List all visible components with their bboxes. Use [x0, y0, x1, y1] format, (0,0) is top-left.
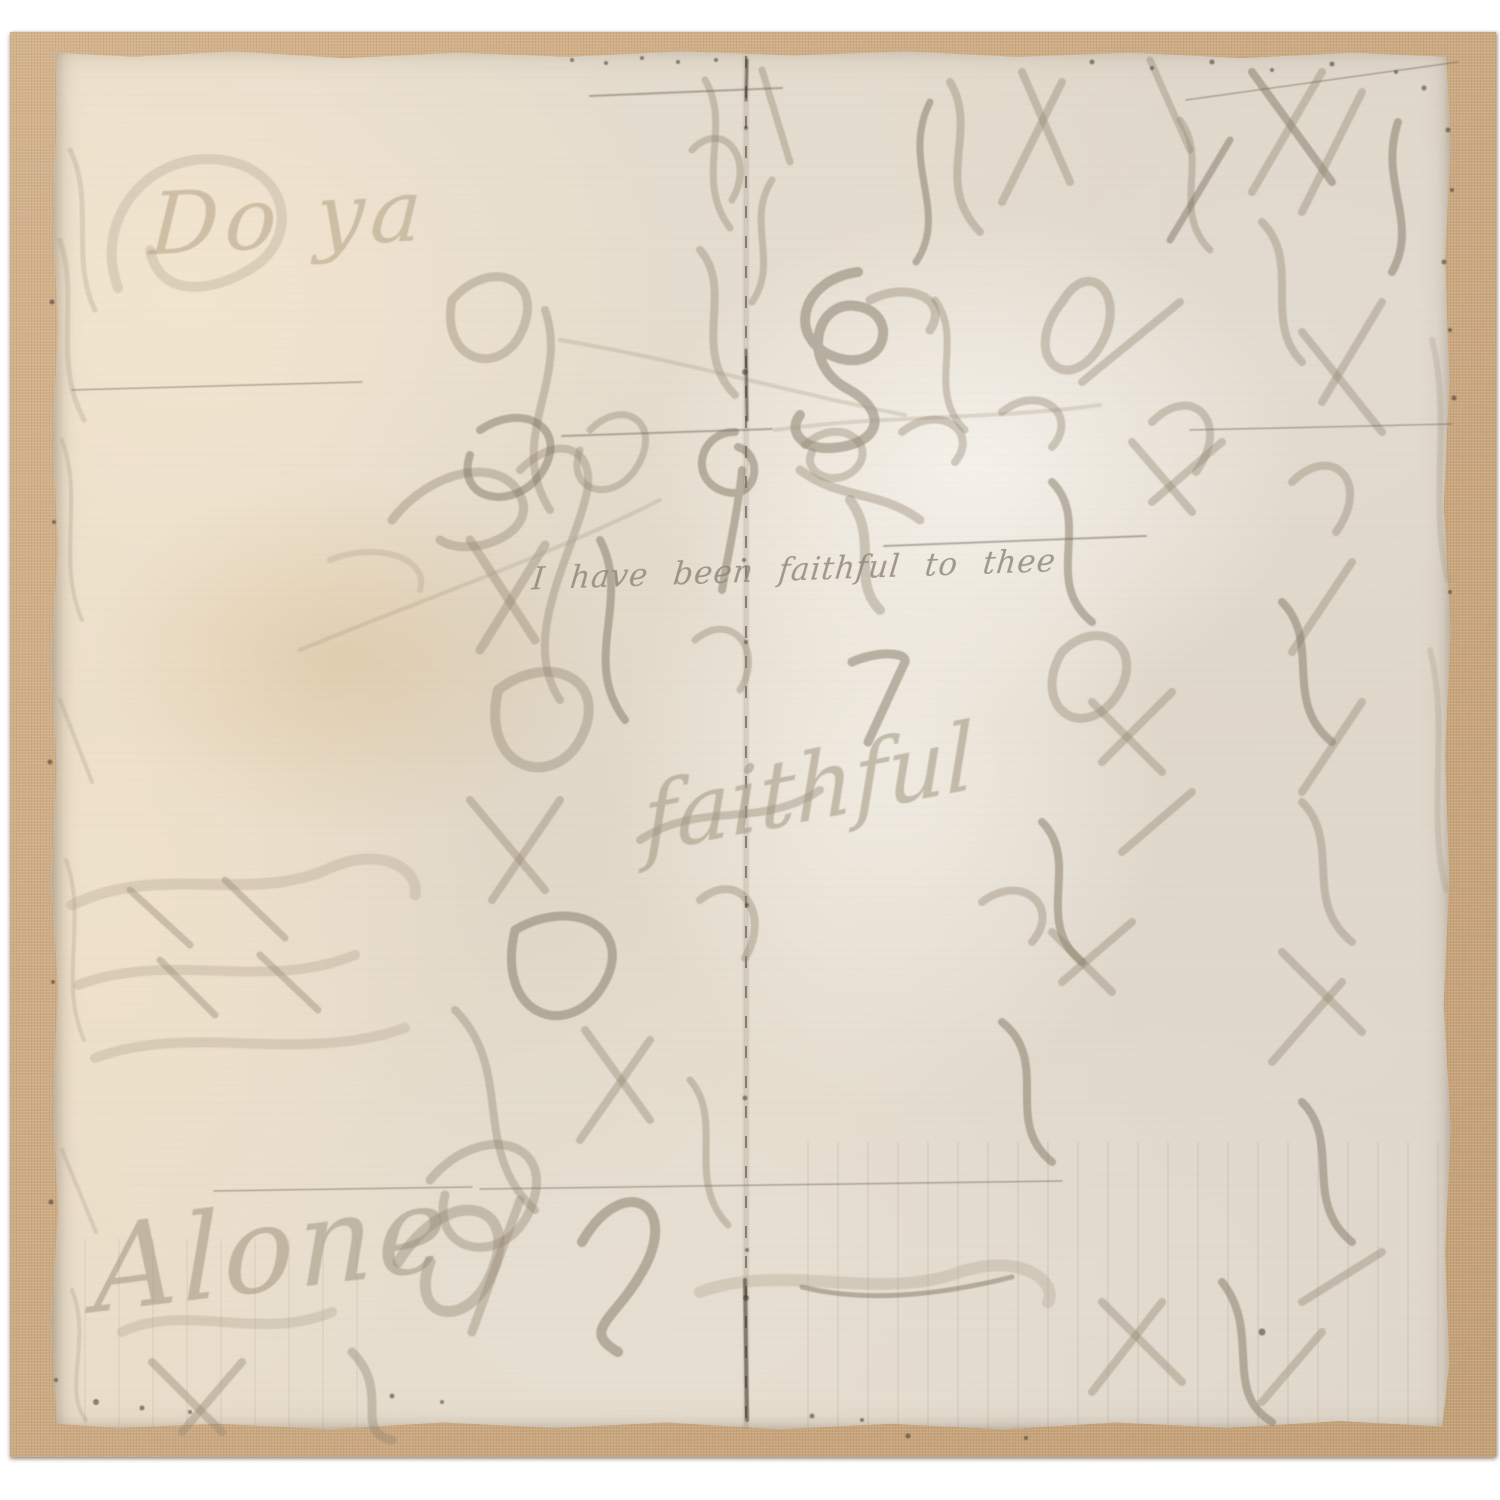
artwork-photo: Do ya I have been faithful to thee faith…: [0, 0, 1500, 1500]
center-column-scrawls: [690, 70, 790, 1225]
top-left-loop-scrawls: [60, 150, 588, 700]
seam-dark-marks: [742, 60, 749, 1420]
calligraphy-strokes-layer: [0, 0, 1500, 1500]
left-column-scrawls: [300, 277, 660, 1248]
left-edge-wisps: [60, 440, 96, 1420]
bottom-gesture-scrawls: [122, 1200, 1382, 1440]
top-right-scrawls: [916, 60, 1402, 432]
center-flourish: [560, 272, 1100, 840]
mid-left-band-scrawls: [72, 859, 415, 1058]
